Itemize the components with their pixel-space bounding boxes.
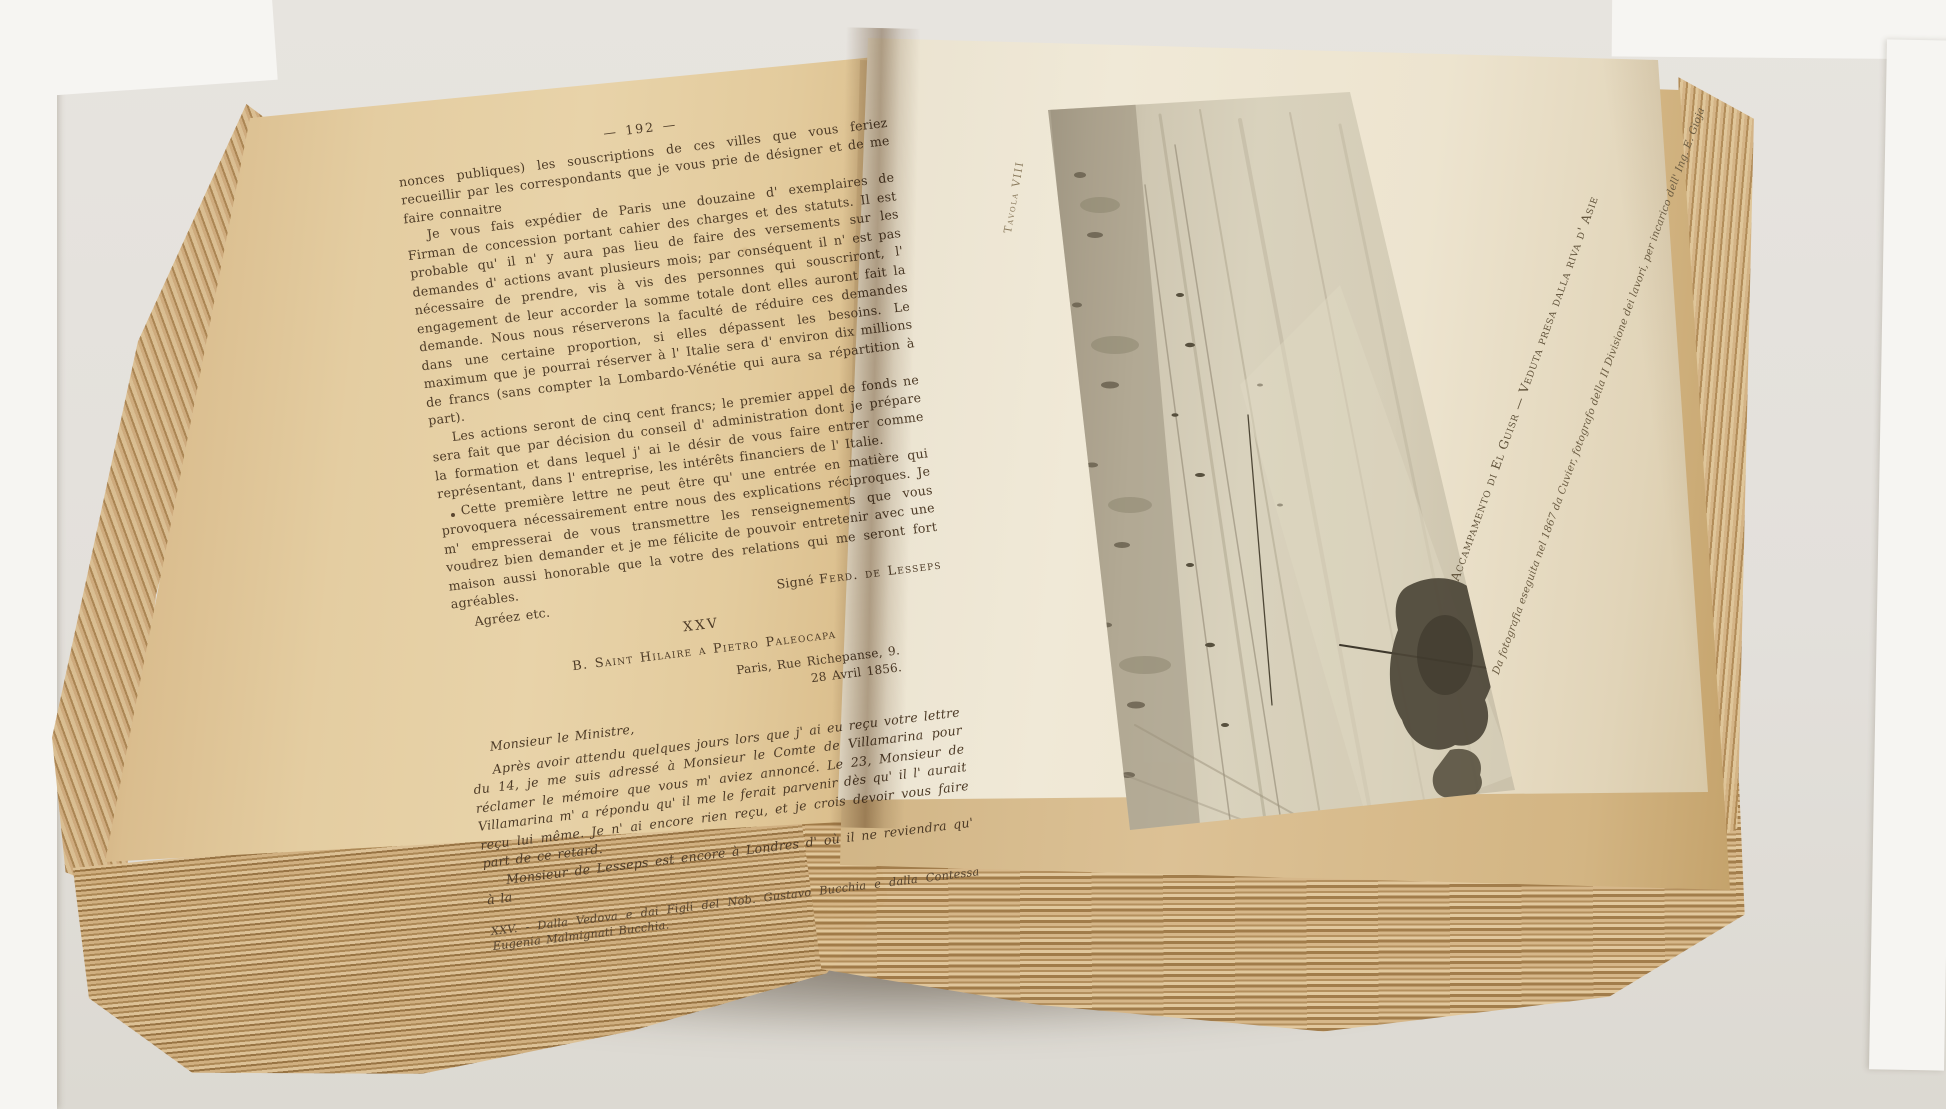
white-paper-strip-right <box>1869 39 1946 1070</box>
foxing-spot <box>470 560 479 567</box>
ink-speck <box>451 513 455 517</box>
white-paper-top-left <box>0 0 278 100</box>
white-paper-strip-left <box>0 0 57 1109</box>
book-photograph-scene: Tavola VIII Accampamento di El Guisr — V… <box>0 0 1946 1109</box>
signature-label: Signé <box>776 572 815 591</box>
foxing-spot <box>742 248 748 253</box>
